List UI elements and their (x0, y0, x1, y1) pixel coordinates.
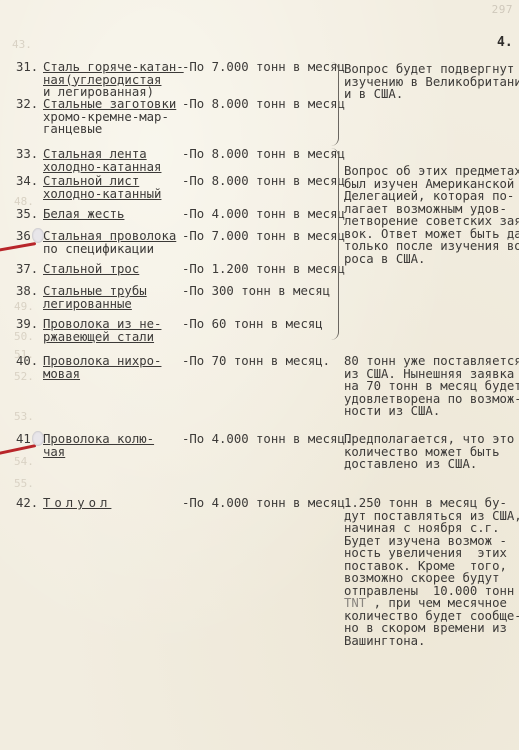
item-name: Проволока колю-чая (43, 433, 193, 458)
item-number: 34. (16, 175, 42, 188)
item-number: 33. (16, 148, 42, 161)
item-quantity: -По 1.200 тонн в месяц (182, 263, 345, 276)
item-name: Стальные трубылегированные (43, 285, 193, 310)
note-items-33-39: Вопрос об этих предметах был изучен Амер… (344, 165, 519, 265)
note-item-42: 1.250 тонн в месяц бу- дут поставляться … (344, 497, 519, 647)
item-quantity: -По 7.000 тонн в месяц (182, 61, 345, 74)
item-number: 42. (16, 497, 42, 510)
item-quantity: -По 60 тонн в месяц (182, 318, 323, 331)
item-name: Толуол (43, 497, 193, 510)
binding-string (0, 242, 36, 252)
margin-faint-number: 53. (14, 410, 34, 423)
item-number: 35. (16, 208, 42, 221)
item-quantity: -По 8.000 тонн в месяц (182, 148, 345, 161)
item-name: Стальной листхолодно-катанный (43, 175, 193, 200)
brace-31-32 (328, 62, 339, 146)
item-number: 32. (16, 98, 42, 111)
brace-33-39 (328, 148, 339, 340)
item-name: Стальная лентахолодно-катанная (43, 148, 193, 173)
archive-number: 297 (492, 3, 513, 16)
item-name: Белая жесть (43, 208, 193, 221)
item-quantity: -По 8.000 тонн в месяц (182, 175, 345, 188)
item-quantity: -По 4.000 тонн в месяц (182, 208, 345, 221)
binding-hole (32, 228, 44, 243)
item-quantity: -По 4.000 тонн в месяц. (182, 433, 352, 446)
item-name: Стальные заготовкихромо-кремне-мар-ганце… (43, 98, 193, 136)
margin-faint-number: 54. (14, 455, 34, 468)
document-page: 297 4. 43. 48. 49. 50. 51. 52. 53. 54. 5… (0, 0, 519, 750)
item-number: 40. (16, 355, 42, 368)
item-name: Стальной трос (43, 263, 193, 276)
item-quantity: -По 4.000 тонн в месяц. (182, 497, 352, 510)
item-quantity: -По 7.000 тонн в месяц (182, 230, 345, 243)
page-number: 4. (497, 35, 513, 50)
item-number: 39. (16, 318, 42, 331)
item-quantity: -По 300 тонн в месяц (182, 285, 330, 298)
note-item-41: Предполагается, что это количество может… (344, 433, 514, 471)
note-items-31-32: Вопрос будет подвергнут изучению в Велик… (344, 63, 519, 101)
margin-faint-number: 49. (14, 300, 34, 313)
item-name: Стальная проволокапо спецификации (43, 230, 193, 255)
margin-faint-number: 52. (14, 370, 34, 383)
binding-hole (32, 431, 44, 446)
margin-faint-number: 55. (14, 477, 34, 490)
item-quantity: -По 8.000 тонн в месяц (182, 98, 345, 111)
item-number: 37. (16, 263, 42, 276)
margin-faint-number: 50. (14, 330, 34, 343)
item-name: Проволока нихро-мовая (43, 355, 193, 380)
item-name: Сталь горяче-катан-ная(углеродистаяи лег… (43, 61, 193, 99)
item-number: 38. (16, 285, 42, 298)
margin-faint-number: 43. (12, 38, 32, 51)
item-number: 31. (16, 61, 42, 74)
item-quantity: -По 70 тонн в месяц. (182, 355, 330, 368)
item-name: Проволока из не-ржавеющей стали (43, 318, 193, 343)
note-item-40: 80 тонн уже поставляется из США. Нынешня… (344, 355, 519, 418)
